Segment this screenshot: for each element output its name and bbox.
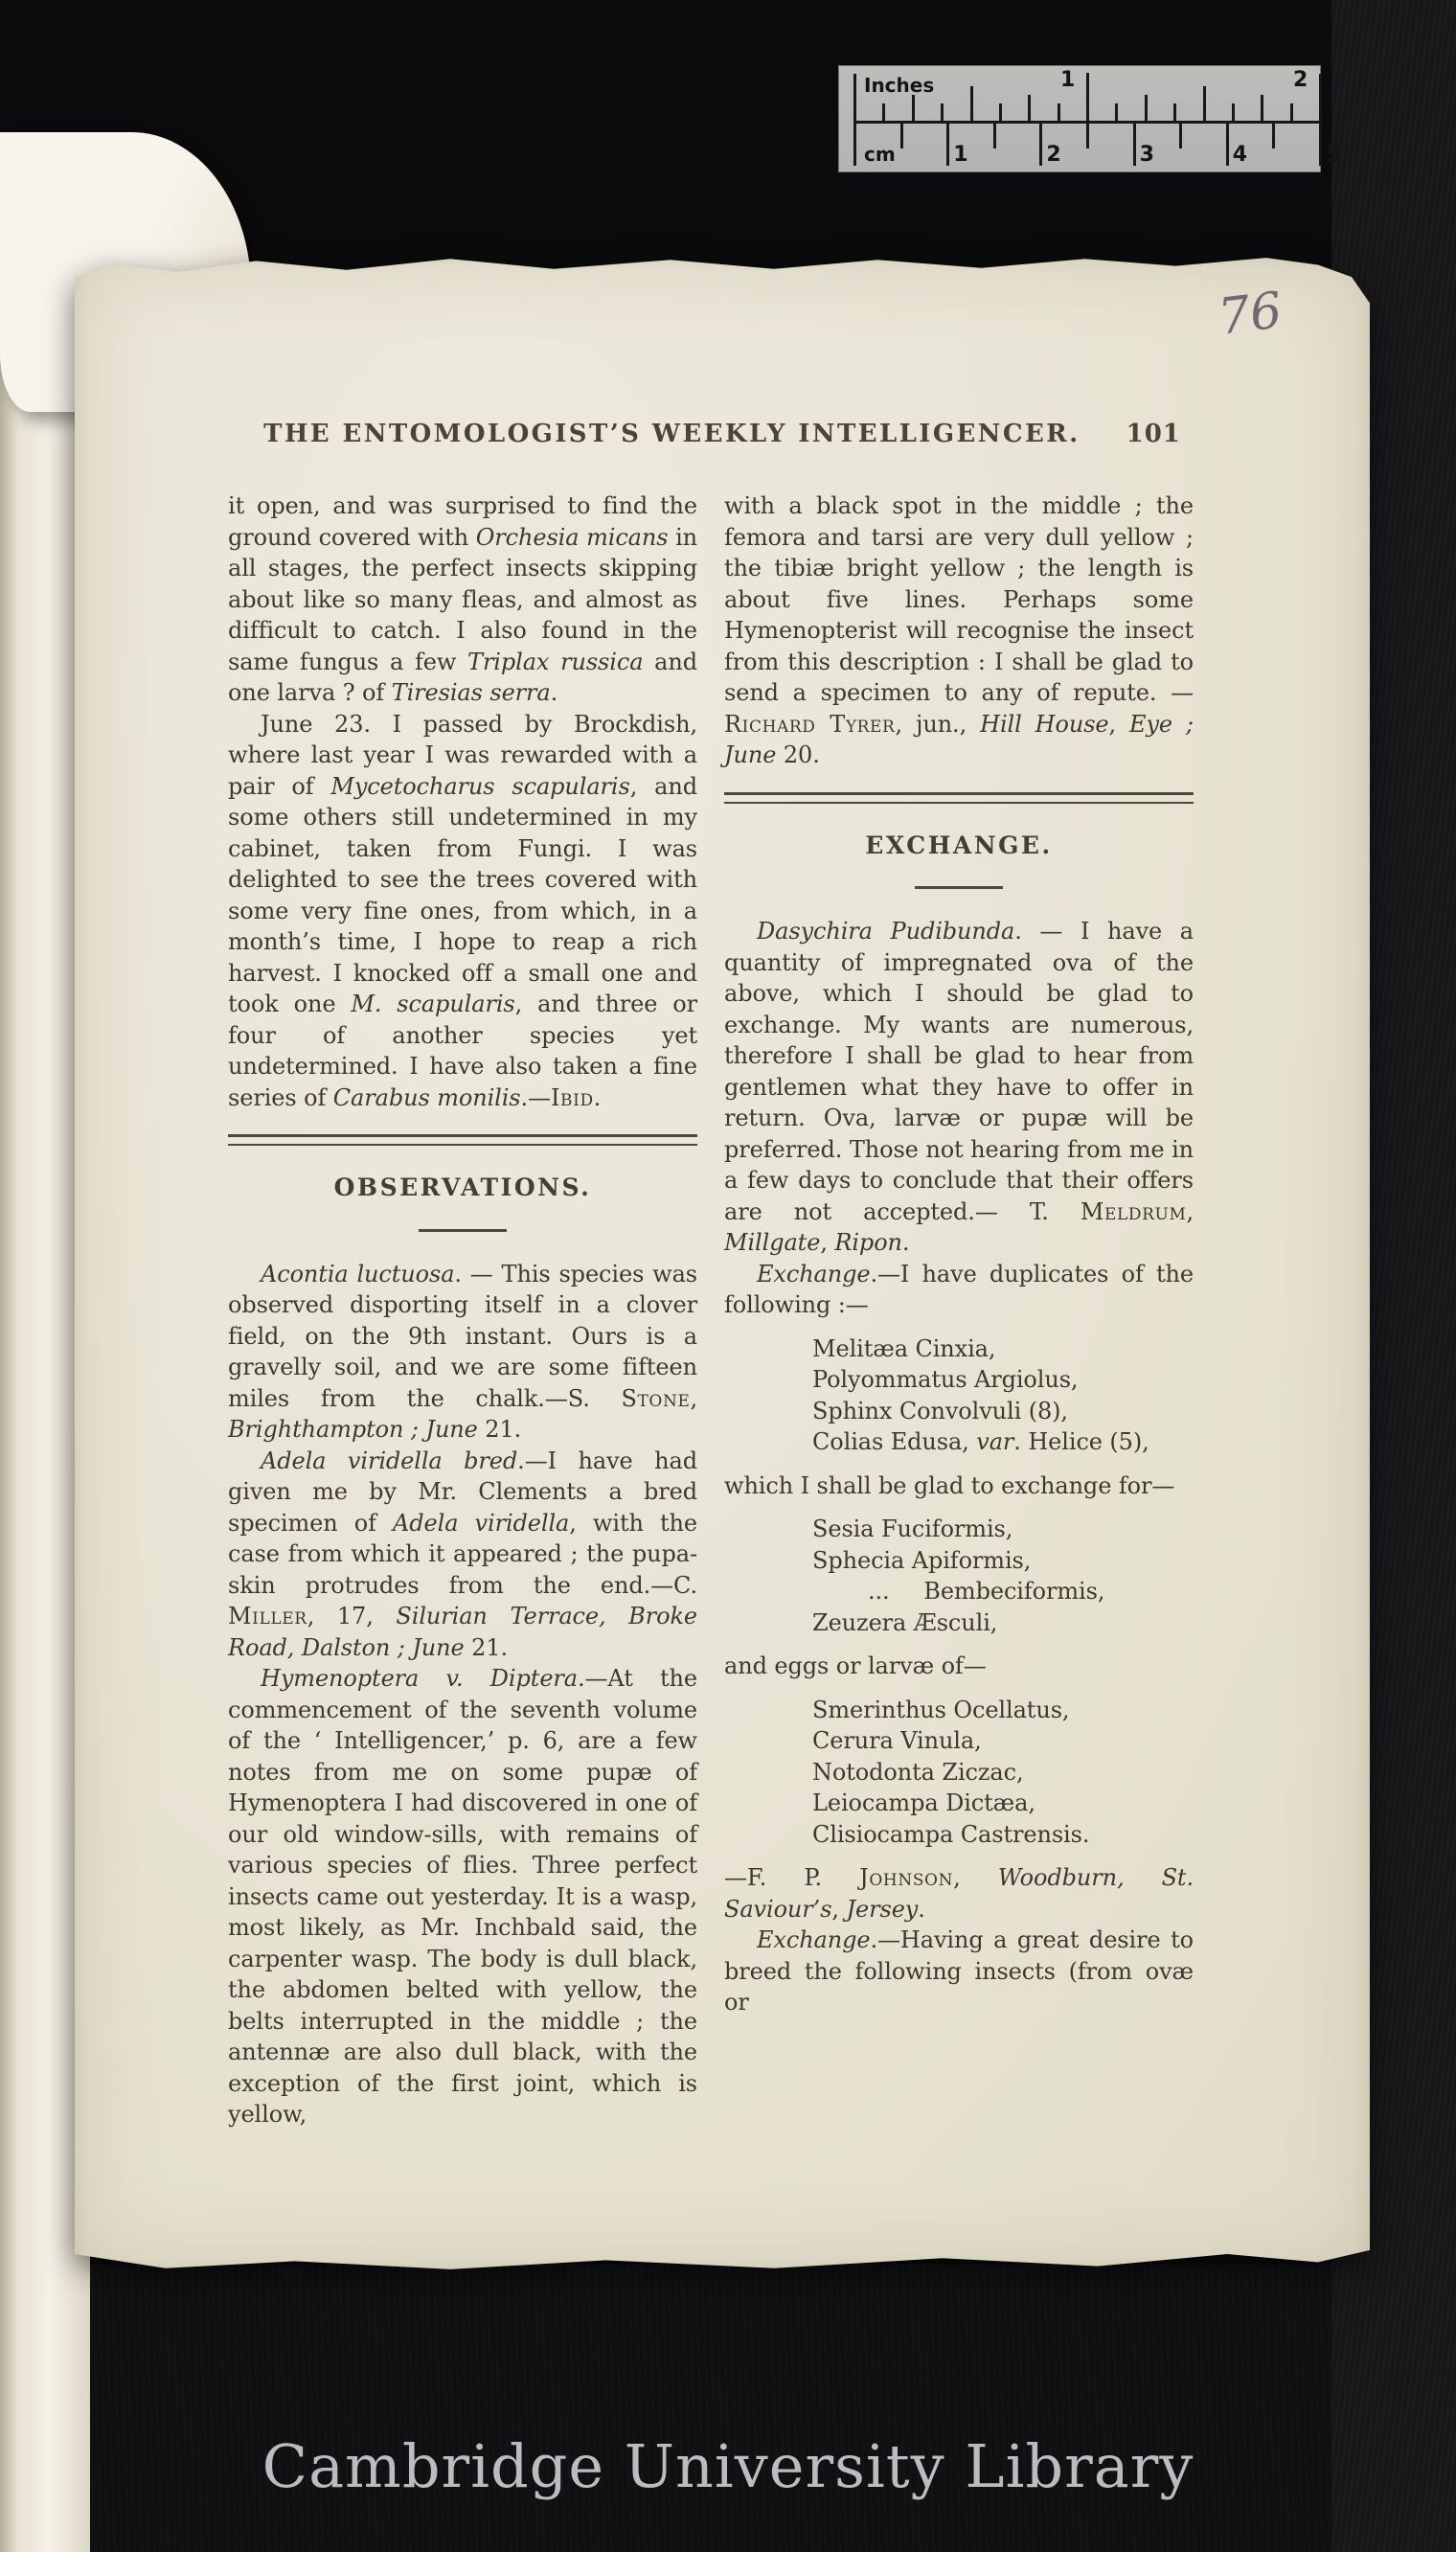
text-run: Meldrum xyxy=(1081,1198,1187,1225)
species-item: Leiocampa Dictæa, xyxy=(812,1788,1194,1819)
species-item: Melitæa Cinxia, xyxy=(812,1333,1194,1365)
paragraph: Adela viridella bred.—I have had given m… xyxy=(228,1446,697,1664)
running-head: THE ENTOMOLOGIST’S WEEKLY INTELLIGENCER.… xyxy=(75,420,1370,448)
text-run: Tiresias serra xyxy=(392,679,551,706)
paragraph: June 23. I passed by Brockdish, where la… xyxy=(228,709,697,1114)
text-run: Jersey xyxy=(846,1896,918,1923)
text-run: Brighthampton ; June xyxy=(228,1416,478,1443)
text-run: Hill House xyxy=(980,711,1108,738)
text-run: Stone xyxy=(621,1385,690,1412)
printed-page-number: 101 xyxy=(1126,420,1181,448)
paragraph: it open, and was surprised to find the g… xyxy=(228,490,697,709)
text-run: 21. xyxy=(465,1634,508,1661)
paragraph: which I shall be glad to exchange for— xyxy=(724,1470,1194,1502)
ruler-tick xyxy=(1232,103,1235,121)
ruler-tick xyxy=(1290,103,1293,121)
text-run: . xyxy=(902,1229,910,1256)
column-right: with a black spot in the middle ; the fe… xyxy=(724,490,1194,2130)
text-run: Smerinthus Ocellatus, xyxy=(812,1697,1069,1723)
ruler-tick xyxy=(941,103,944,121)
paragraph: Dasychira Pudibunda. — I have a quantity… xyxy=(724,916,1194,1259)
section-heading: OBSERVATIONS. xyxy=(228,1173,697,1204)
ruler-tick xyxy=(853,74,856,166)
text-run: Exchange xyxy=(757,1261,871,1287)
text-run: , xyxy=(820,1229,834,1256)
ruler-tick xyxy=(1028,95,1031,121)
ruler-number: 3 xyxy=(1140,143,1154,167)
text-run: Sphinx Convolvuli (8), xyxy=(812,1398,1068,1424)
ruler-number: 1 xyxy=(953,143,967,167)
text-run: var xyxy=(976,1428,1013,1455)
text-run: which I shall be glad to exchange for— xyxy=(724,1472,1174,1499)
ruler-number: 5 xyxy=(1326,143,1340,167)
paragraph: with a black spot in the middle ; the fe… xyxy=(724,490,1194,771)
text-run: Melitæa Cinxia, xyxy=(812,1335,995,1362)
text-run: 21. xyxy=(478,1416,521,1443)
text-run: , xyxy=(1186,1198,1194,1225)
text-run: Sphecia Apiformis, xyxy=(812,1547,1031,1574)
text-run: Clisiocampa Castrensis. xyxy=(812,1821,1089,1848)
text-run: Ripon xyxy=(834,1229,902,1256)
text-run: . xyxy=(594,1084,602,1111)
heading-divider xyxy=(915,886,1003,889)
text-run: Notodonta Ziczac, xyxy=(812,1759,1024,1786)
ruler-tick xyxy=(1058,103,1060,121)
ruler-tick xyxy=(1226,124,1229,166)
species-item: Notodonta Ziczac, xyxy=(812,1757,1194,1789)
ruler-tick xyxy=(993,124,996,148)
text-run: Carabus monilis xyxy=(333,1084,521,1111)
journal-title: THE ENTOMOLOGIST’S WEEKLY INTELLIGENCER. xyxy=(263,420,1081,448)
text-run: , xyxy=(1109,711,1130,738)
text-run: Ibid xyxy=(551,1084,594,1111)
text-run: Adela viridella bred xyxy=(261,1447,517,1474)
paragraph: —F. P. Johnson, Woodburn, St. Saviour’s,… xyxy=(724,1862,1194,1925)
library-watermark: Cambridge University Library xyxy=(0,2431,1456,2501)
ruler-tick xyxy=(1145,95,1148,121)
section-heading: EXCHANGE. xyxy=(724,831,1194,862)
backdrop-cloth-bottom xyxy=(0,2265,1456,2552)
text-run: , xyxy=(953,1864,998,1891)
heading-divider xyxy=(419,1229,507,1232)
text-run: Zeuzera Æsculi, xyxy=(812,1609,997,1636)
section-divider xyxy=(228,1134,697,1146)
text-run: . xyxy=(551,679,558,706)
ruler-tick xyxy=(1179,124,1182,148)
species-item: Sphinx Convolvuli (8), xyxy=(812,1396,1194,1427)
ruler-number: 2 xyxy=(1293,68,1308,92)
ruler-tick xyxy=(1039,124,1042,166)
ruler-tick xyxy=(1086,73,1089,121)
species-item: Polyommatus Argiolus, xyxy=(812,1364,1194,1396)
ruler-cm-label: cm xyxy=(864,143,896,166)
ruler-tick xyxy=(912,95,915,121)
text-run: Cerura Vinula, xyxy=(812,1727,982,1754)
text-run: Triplax russica xyxy=(467,649,643,675)
text-run: . Helice (5), xyxy=(1013,1428,1149,1455)
text-run: Adela viridella xyxy=(393,1510,569,1537)
text-run: . — I have a quantity of impregnated ova… xyxy=(724,918,1194,1225)
text-run: .— xyxy=(521,1084,551,1111)
ruler-inches-label: Inches xyxy=(864,74,934,97)
ruler-number: 1 xyxy=(1060,68,1075,92)
text-run: , xyxy=(831,1896,846,1923)
text-run: Orchesia micans xyxy=(476,524,669,551)
scanned-page: THE ENTOMOLOGIST’S WEEKLY INTELLIGENCER.… xyxy=(75,255,1370,2272)
species-list: Melitæa Cinxia,Polyommatus Argiolus,Sphi… xyxy=(812,1333,1194,1458)
text-run: , and some others still undetermined in … xyxy=(228,773,697,1018)
handwritten-folio-number: 76 xyxy=(1216,282,1285,347)
text-run: Miller xyxy=(228,1603,307,1629)
text-run: Leiocampa Dictæa, xyxy=(812,1789,1035,1816)
text-run: Millgate xyxy=(724,1229,820,1256)
ruler-tick xyxy=(1115,103,1118,121)
ruler-tick xyxy=(1319,74,1322,166)
text-run: ... Bembeciformis, xyxy=(868,1578,1104,1605)
text-run: Exchange xyxy=(757,1926,871,1953)
paragraph: and eggs or larvæ of— xyxy=(724,1651,1194,1682)
text-run: Polyommatus Argiolus, xyxy=(812,1366,1078,1393)
ruler-number: 2 xyxy=(1046,143,1060,167)
species-list: Sesia Fuciformis,Sphecia Apiformis,... B… xyxy=(812,1514,1194,1638)
species-item: Clisiocampa Castrensis. xyxy=(812,1819,1194,1851)
text-run: , jun., xyxy=(895,711,980,738)
text-run: . xyxy=(918,1896,925,1923)
ruler-tick xyxy=(1133,124,1136,166)
text-run: , 17, xyxy=(307,1603,397,1629)
ruler-tick xyxy=(999,103,1002,121)
paragraph: Exchange.—I have duplicates of the follo… xyxy=(724,1259,1194,1321)
species-item: Sesia Fuciformis, xyxy=(812,1514,1194,1545)
ruler-tick xyxy=(900,124,903,148)
text-run: Acontia luctuosa xyxy=(261,1261,454,1287)
ruler-tick xyxy=(970,86,973,121)
section-divider xyxy=(724,792,1194,804)
ruler-number: 4 xyxy=(1233,143,1247,167)
text-run: —F. P. xyxy=(724,1864,859,1891)
text-run: Johnson xyxy=(859,1864,953,1891)
paragraph: Exchange.—Having a great desire to breed… xyxy=(724,1925,1194,2018)
species-item: Sphecia Apiformis, xyxy=(812,1545,1194,1577)
ruler-tick xyxy=(1086,124,1089,148)
text-run: Dasychira Pudibunda xyxy=(757,918,1014,945)
text-run: Sesia Fuciformis, xyxy=(812,1515,1012,1542)
text-run: Richard Tyrer xyxy=(724,711,895,738)
text-run: Mycetocharus scapularis xyxy=(330,773,629,800)
species-list: Smerinthus Ocellatus,Cerura Vinula,Notod… xyxy=(812,1695,1194,1851)
ruler: Inches cm 1212345 xyxy=(838,65,1321,172)
text-run: , xyxy=(690,1385,697,1412)
species-item: Cerura Vinula, xyxy=(812,1725,1194,1757)
scanned-page-wrapper: THE ENTOMOLOGIST’S WEEKLY INTELLIGENCER.… xyxy=(75,255,1370,2272)
text-run: Colias Edusa, xyxy=(812,1428,976,1455)
species-item: ... Bembeciformis, xyxy=(812,1576,1194,1607)
species-item: Zeuzera Æsculi, xyxy=(812,1607,1194,1639)
text-run: .—At the commencement of the seventh vol… xyxy=(228,1665,697,2128)
text-columns: it open, and was surprised to find the g… xyxy=(228,490,1194,2130)
text-run: with a black spot in the middle ; the fe… xyxy=(724,492,1194,706)
species-item: Colias Edusa, var. Helice (5), xyxy=(812,1426,1194,1458)
ruler-tick xyxy=(882,103,885,121)
ruler-tick xyxy=(946,124,949,166)
text-run: Hymenoptera v. Diptera xyxy=(261,1665,578,1692)
paragraph: Hymenoptera v. Diptera.—At the commencem… xyxy=(228,1663,697,2130)
ruler-tick xyxy=(1272,124,1275,148)
ruler-tick xyxy=(1203,86,1206,121)
text-run: M. scapularis xyxy=(351,991,514,1017)
ruler-tick xyxy=(1261,95,1263,121)
text-run: and eggs or larvæ of— xyxy=(724,1652,987,1679)
ruler-tick xyxy=(1173,103,1176,121)
column-left: it open, and was surprised to find the g… xyxy=(228,490,697,2130)
text-run: 20. xyxy=(776,741,819,768)
species-item: Smerinthus Ocellatus, xyxy=(812,1695,1194,1726)
paragraph: Acontia luctuosa. — This species was obs… xyxy=(228,1259,697,1446)
